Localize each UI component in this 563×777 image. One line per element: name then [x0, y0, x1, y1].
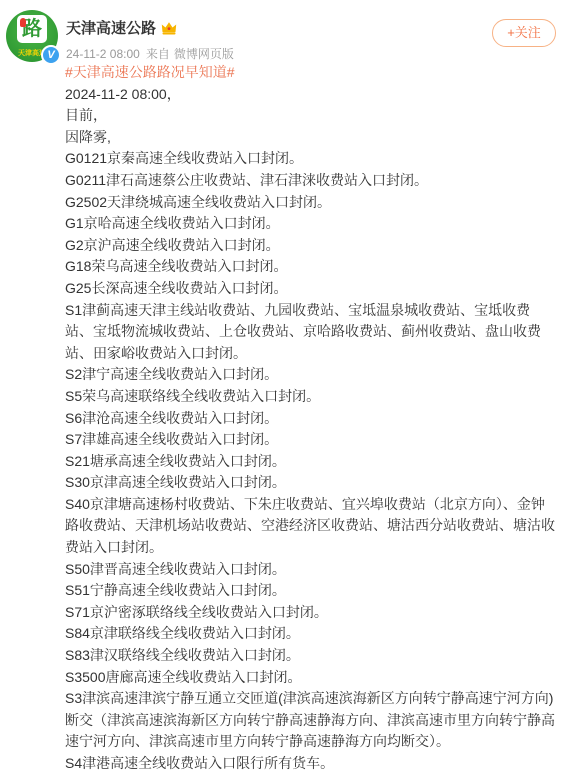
post-line: 2024-11-2 08:00，: [65, 84, 558, 106]
header-meta: 天津高速公路 24-11-2 08:00来自微博网页版: [66, 17, 234, 62]
post-line: S4津港高速全线收费站入口限行所有货车。: [65, 753, 558, 775]
avatar[interactable]: 路 天津高速 V: [6, 10, 58, 62]
post-line: S84京津联络线全线收费站入口封闭。: [65, 623, 558, 645]
post-line: S51宁静高速全线收费站入口封闭。: [65, 580, 558, 602]
post-line: S3津滨高速津滨宁静互通立交匝道(津滨高速滨海新区方向转宁静高速宁河方向)断交（…: [65, 688, 558, 753]
source-prefix: 来自: [146, 47, 170, 61]
post-line: S21塘承高速全线收费站入口封闭。: [65, 451, 558, 473]
post-line: S3500唐廊高速全线收费站入口封闭。: [65, 667, 558, 689]
post-line: G0121京秦高速全线收费站入口封闭。: [65, 148, 558, 170]
post-line: G1京哈高速全线收费站入口封闭。: [65, 213, 558, 235]
post-line: S71京沪密涿联络线全线收费站入口封闭。: [65, 602, 558, 624]
post-timestamp: 24-11-2 08:00: [66, 47, 140, 61]
post-line: G2502天津绕城高速全线收费站入口封闭。: [65, 192, 558, 214]
post-line: S1津蓟高速天津主线站收费站、九园收费站、宝坻温泉城收费站、宝坻收费站、宝坻物流…: [65, 300, 558, 365]
post-line: S30京津高速全线收费站入口封闭。: [65, 472, 558, 494]
post-line: G18荣乌高速全线收费站入口封闭。: [65, 256, 558, 278]
user-name[interactable]: 天津高速公路: [66, 17, 156, 38]
post-meta-row: 24-11-2 08:00来自微博网页版: [66, 45, 234, 62]
post-content: #天津高速公路路况早知道# 2024-11-2 08:00，目前，因降雾,G01…: [65, 62, 558, 775]
verified-badge-icon: V: [41, 45, 61, 65]
hashtag-link[interactable]: #天津高速公路路况早知道#: [65, 64, 235, 80]
post-line: G2京沪高速全线收费站入口封闭。: [65, 235, 558, 257]
post-line: S6津沧高速全线收费站入口封闭。: [65, 408, 558, 430]
vip-crown-icon: [161, 21, 177, 35]
post-line: S5荣乌高速联络线全线收费站入口封闭。: [65, 386, 558, 408]
post-line: S83津汉联络线全线收费站入口封闭。: [65, 645, 558, 667]
post-line: G25长深高速全线收费站入口封闭。: [65, 278, 558, 300]
post-body: 2024-11-2 08:00，目前，因降雾,G0121京秦高速全线收费站入口封…: [65, 84, 558, 775]
post-line: S2津宁高速全线收费站入口封闭。: [65, 364, 558, 386]
post-line: S7津雄高速全线收费站入口封闭。: [65, 429, 558, 451]
post-line: G0211津石高速蔡公庄收费站、津石津涞收费站入口封闭。: [65, 170, 558, 192]
avatar-red-accent: [20, 18, 26, 27]
follow-button[interactable]: +关注: [492, 19, 556, 47]
post-line: S40京津塘高速杨村收费站、下朱庄收费站、宜兴埠收费站（北京方向）、金钟路收费站…: [65, 494, 558, 559]
avatar-logo: 路: [17, 15, 47, 43]
post-line: S50津晋高速全线收费站入口封闭。: [65, 559, 558, 581]
weibo-post-card: 路 天津高速 V 天津高速公路 24-11-2 08:00来自微博网页版 +关注…: [0, 0, 563, 777]
post-line: 因降雾,: [65, 127, 558, 149]
post-line: 目前，: [65, 105, 558, 127]
source-link[interactable]: 微博网页版: [174, 47, 234, 61]
